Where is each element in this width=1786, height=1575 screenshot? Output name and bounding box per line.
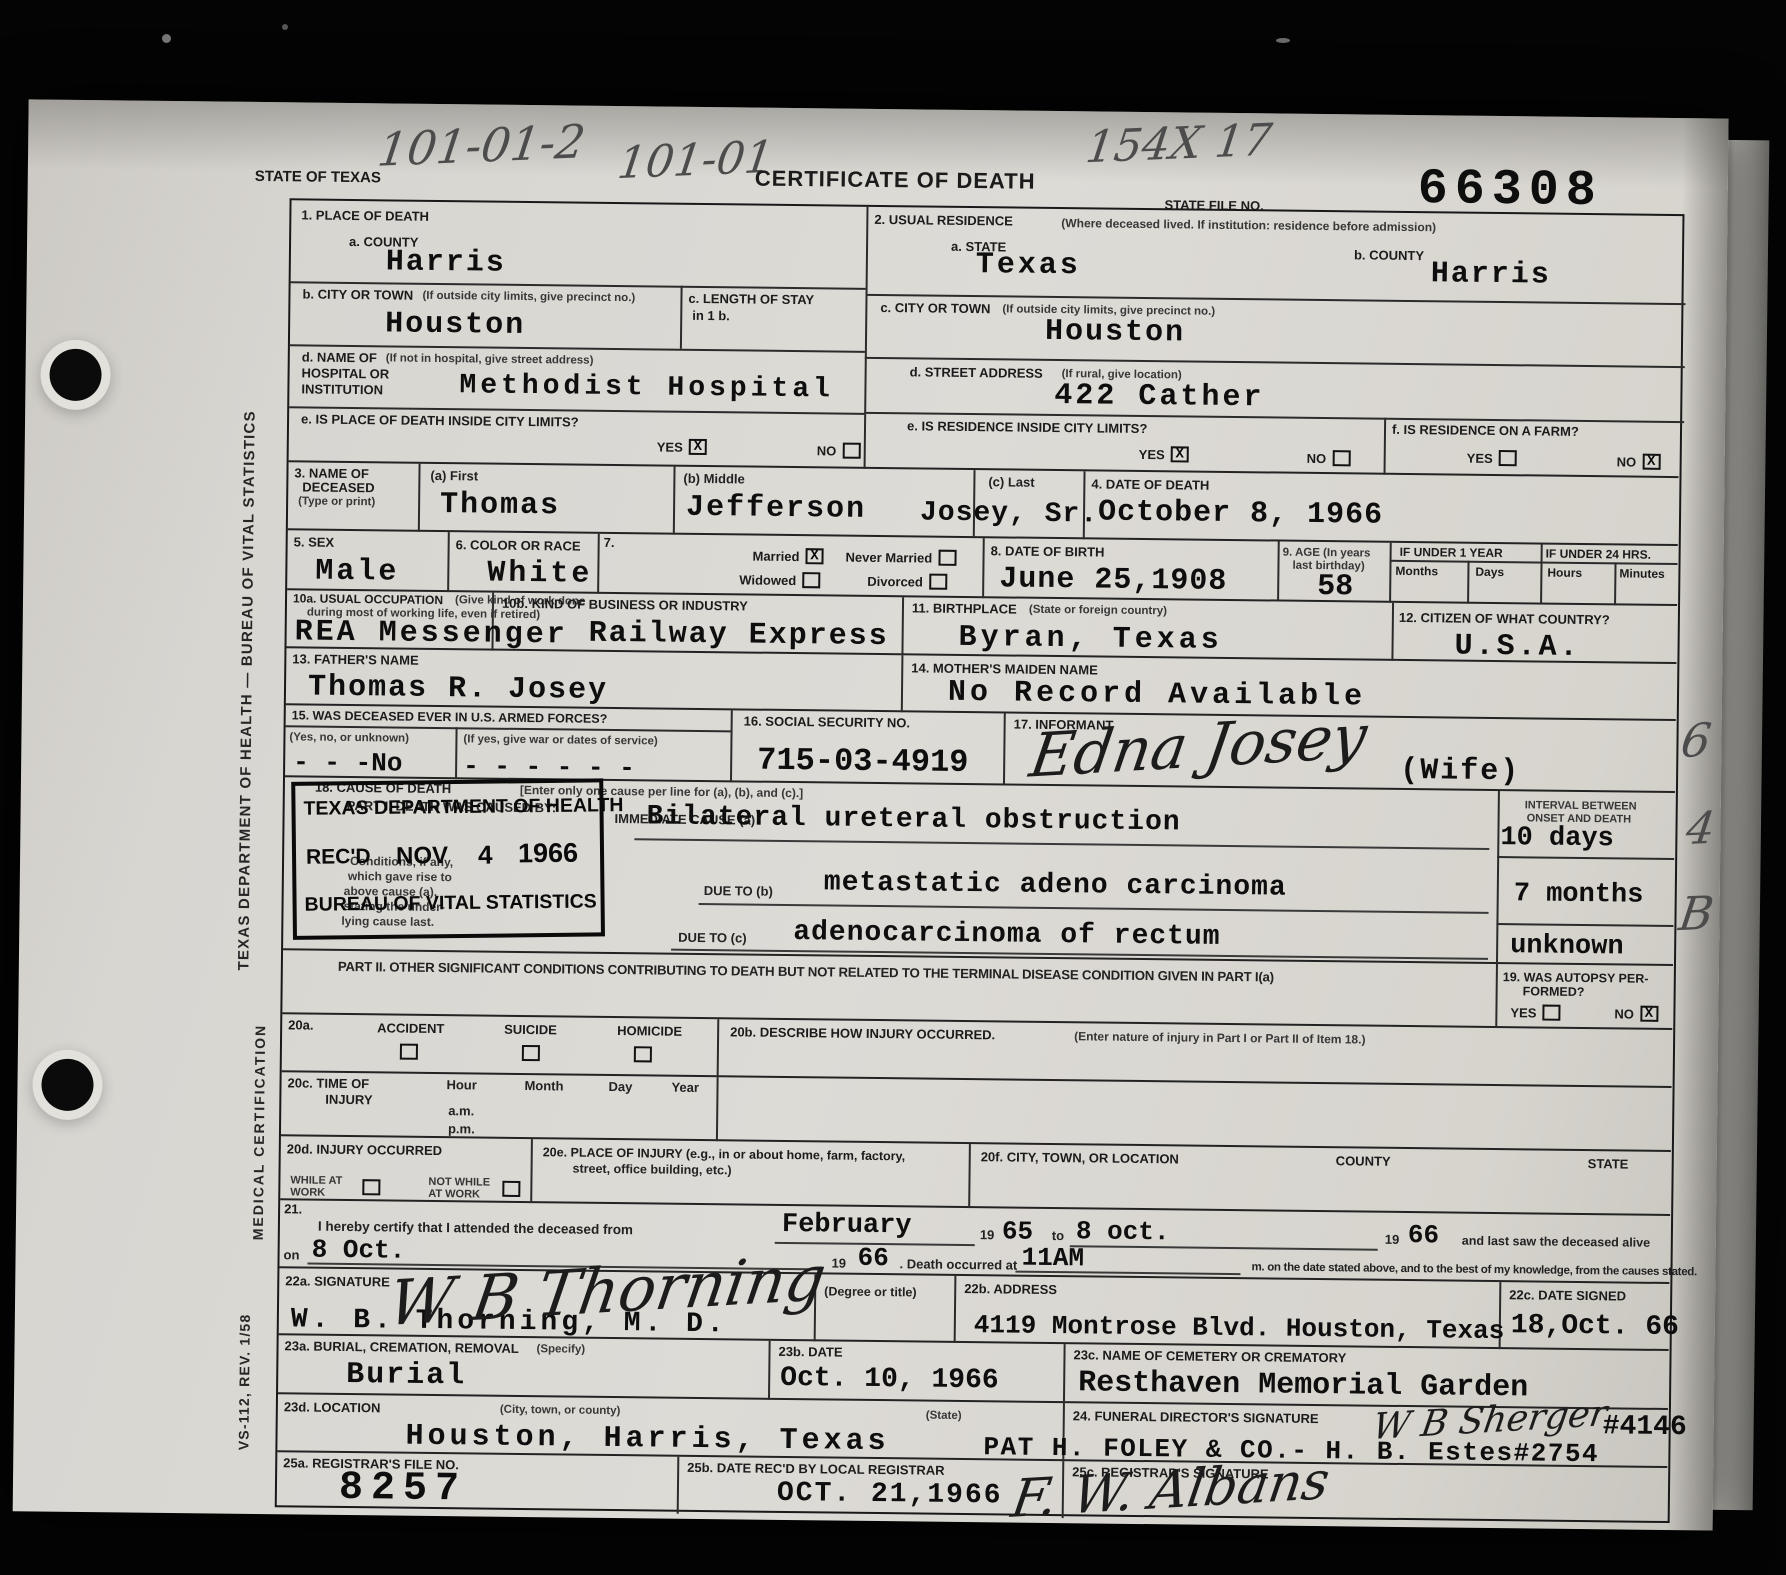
date-signed-value: 18,Oct. 66: [1511, 1312, 1679, 1342]
day-label: Day: [608, 1080, 632, 1095]
farm-no-checkbox: X: [1642, 454, 1660, 470]
married-option: MarriedX: [752, 548, 823, 565]
accident-label: ACCIDENT: [377, 1021, 444, 1037]
printed-19-c: 19: [831, 1257, 846, 1272]
to-year-value: 66: [1408, 1222, 1440, 1248]
received-stamp: TEXAS DEPARTMENT OF HEALTH REC'D NOV 4 1…: [291, 778, 605, 940]
armed-forces-paren-2: (If yes, give war or dates of service): [463, 733, 657, 748]
while-at-work-label-1: WHILE AT: [290, 1174, 342, 1187]
no-label: NO: [1614, 1006, 1634, 1021]
divider: [968, 1144, 971, 1208]
ssn-label: 16. SOCIAL SECURITY NO.: [744, 714, 911, 731]
first-name-label: (a) First: [430, 469, 478, 484]
divider: [716, 1077, 719, 1141]
hour-label: Hour: [446, 1078, 477, 1093]
divider: [634, 838, 1489, 849]
cause-a-value: Bilateral ureteral obstruction: [646, 803, 1180, 837]
certificate-page: TEXAS DEPARTMENT OF HEALTH — BUREAU OF V…: [13, 99, 1729, 1530]
date-of-death-label: 4. DATE OF DEATH: [1091, 477, 1209, 493]
on-label: on: [283, 1248, 299, 1263]
citizen-value: U.S.A.: [1454, 632, 1580, 663]
divider: [1003, 713, 1006, 785]
year-label: Year: [671, 1081, 699, 1096]
death-in-city-yes: YESX: [657, 438, 707, 455]
divider: [418, 464, 421, 532]
armed-forces-paren-1: (Yes, no, or unknown): [289, 731, 409, 745]
location-paren-1: (City, town, or county): [500, 1404, 621, 1418]
ssn-value: 715-03-4919: [757, 745, 969, 779]
hospital-value: Methodist Hospital: [459, 372, 834, 404]
margin-mark-b: B: [1676, 885, 1717, 941]
dust-speck: [1276, 38, 1290, 43]
interval-b-value: 7 months: [1514, 881, 1644, 909]
no-label: NO: [1617, 454, 1637, 469]
autopsy-no-checkbox: X: [1640, 1006, 1658, 1022]
residence-in-city-yes: YESX: [1139, 446, 1189, 463]
injury-county-label: COUNTY: [1336, 1154, 1391, 1170]
residence-in-city-no: NO: [1307, 450, 1351, 466]
date-of-birth-value: June 25,1908: [999, 564, 1227, 597]
punch-hole: [49, 349, 102, 402]
divider: [530, 1139, 533, 1203]
divider: [1063, 1344, 1066, 1403]
injury-city-label: 20f. CITY, TOWN, OR LOCATION: [981, 1150, 1179, 1167]
burial-paren: (Specify): [536, 1343, 585, 1356]
farm-yes-checkbox: [1499, 450, 1517, 466]
divider: [1614, 562, 1616, 605]
date-signed-label: 22c. DATE SIGNED: [1509, 1288, 1626, 1304]
death-in-city-no: NO: [817, 442, 861, 458]
widowed-option: Widowed: [739, 571, 820, 588]
name-title-2: DECEASED: [302, 480, 374, 496]
married-checkbox: X: [805, 548, 823, 564]
divorced-option: Divorced: [867, 573, 947, 590]
certify-tail-2: m. on the date stated above, and to the …: [1251, 1261, 1697, 1279]
time-of-injury-label-2: INJURY: [325, 1093, 372, 1108]
date-recd-label: 25b. DATE REC'D BY LOCAL REGISTRAR: [687, 1461, 944, 1479]
birthplace-value: Byran, Texas: [958, 623, 1222, 656]
autopsy-label-2: FORMED?: [1523, 984, 1585, 999]
residence-city-label: c. CITY OR TOWN: [880, 301, 990, 317]
divider: [1389, 543, 1392, 603]
printed-19-b: 19: [1385, 1233, 1400, 1248]
burial-value: Burial: [346, 1360, 466, 1391]
divider: [1384, 418, 1387, 475]
city-paren: (If outside city limits, give precinct n…: [422, 290, 635, 305]
place-of-injury-label-2: street, office building, etc.): [573, 1162, 732, 1178]
divider: [673, 467, 676, 535]
residence-in-city-yes-checkbox: X: [1171, 446, 1189, 462]
describe-injury-paren: (Enter nature of injury in Part I or Par…: [1074, 1030, 1366, 1046]
time-of-death-value: 11AM: [1021, 1245, 1084, 1272]
part-2-text: PART II. OTHER SIGNIFICANT CONDITIONS CO…: [338, 959, 1274, 985]
never-married-option: Never Married: [845, 549, 956, 566]
informant-relation: (Wife): [1400, 756, 1520, 787]
fathers-name-value: Thomas R. Josey: [308, 673, 608, 706]
not-while-at-work-checkbox: [502, 1181, 520, 1197]
to-label: to: [1052, 1229, 1064, 1244]
stamp-recd: REC'D: [306, 845, 371, 870]
punch-hole: [41, 1059, 94, 1112]
injury-state-label: STATE: [1588, 1157, 1629, 1172]
stamp-year: 1966: [518, 838, 578, 870]
death-inside-city-limits-label: e. IS PLACE OF DEATH INSIDE CITY LIMITS?: [301, 412, 579, 430]
business-industry-value: Railway Express: [588, 619, 888, 652]
middle-name-label: (b) Middle: [683, 472, 745, 488]
certificate-form: 1. PLACE OF DEATH a. COUNTY Harris b. CI…: [275, 198, 1685, 1523]
sex-value: Male: [315, 557, 399, 588]
farm-yes: YES: [1467, 450, 1517, 467]
yes-label: YES: [1510, 1005, 1536, 1020]
location-value: Houston, Harris, Texas: [405, 1422, 889, 1457]
widowed-label: Widowed: [739, 572, 796, 588]
divider: [699, 903, 1489, 913]
physician-address-label: 22b. ADDRESS: [964, 1282, 1057, 1298]
physician-address-value: 4119 Montrose Blvd. Houston, Texas: [974, 1312, 1505, 1344]
handwritten-code-2: 101-01: [615, 132, 777, 190]
while-at-work-label-2: WORK: [290, 1186, 325, 1198]
street-address-value: 422 Cather: [1054, 381, 1264, 413]
date-of-death-value: October 8, 1966: [1098, 497, 1383, 530]
residence-inside-city-limits-label: e. IS RESIDENCE INSIDE CITY LIMITS?: [907, 419, 1147, 437]
scan-background: TEXAS DEPARTMENT OF HEALTH — BUREAU OF V…: [0, 0, 1786, 1575]
days-label: Days: [1475, 566, 1504, 580]
handwritten-code-1: 101-01-2: [375, 114, 589, 177]
citizen-label: 12. CITIZEN OF WHAT COUNTRY?: [1399, 611, 1610, 628]
due-to-b-label: DUE TO (b): [704, 884, 773, 900]
sex-label: 5. SEX: [294, 535, 335, 550]
divider: [768, 1341, 771, 1400]
if-under-24-hrs-label: IF UNDER 24 HRS.: [1546, 548, 1652, 563]
divider: [597, 534, 600, 594]
location-paren-2: (State): [926, 1410, 962, 1423]
degree-or-title-label: (Degree or title): [824, 1284, 917, 1299]
cause-c-value: adenocarcinoma of rectum: [793, 919, 1221, 952]
residence-county-value: Harris: [1431, 259, 1551, 290]
divider: [1496, 923, 1673, 927]
divider: [677, 1457, 680, 1514]
suicide-label: SUICIDE: [504, 1023, 557, 1039]
stamp-line-3: BUREAU OF VITAL STATISTICS: [304, 890, 596, 916]
divider: [1495, 964, 1498, 1028]
stamp-month: NOV: [396, 842, 448, 871]
item-20a-number: 20a.: [288, 1018, 313, 1033]
color-or-race-value: White: [487, 559, 592, 590]
birthplace-paren: (State or foreign country): [1029, 604, 1167, 618]
interval-label-1: INTERVAL BETWEEN: [1525, 799, 1637, 812]
death-in-city-yes-checkbox: X: [689, 439, 707, 455]
city-label: b. CITY OR TOWN: [302, 287, 413, 303]
divider: [864, 207, 869, 469]
birthplace-label: 11. BIRTHPLACE: [912, 601, 1017, 617]
attended-from-value: February: [782, 1212, 912, 1240]
stamp-day: 4: [478, 840, 493, 871]
not-while-at-work-label-2: AT WORK: [428, 1188, 480, 1201]
certificate-title: CERTIFICATE OF DEATH: [755, 166, 1036, 194]
funeral-director-badge: #4146: [1603, 1413, 1687, 1442]
never-married-label: Never Married: [845, 549, 932, 565]
dust-speck: [162, 34, 171, 43]
place-of-death-title: 1. PLACE OF DEATH: [301, 208, 429, 224]
minutes-label: Minutes: [1619, 567, 1664, 581]
time-of-injury-label-1: 20c. TIME OF: [287, 1076, 369, 1092]
informant-signature: Edna Josey: [1025, 701, 1371, 791]
farm-no: NOX: [1617, 453, 1661, 469]
residence-state-value: Texas: [976, 250, 1081, 281]
autopsy-no: NOX: [1614, 1005, 1658, 1021]
last-name-label: (c) Last: [988, 475, 1034, 490]
last-name-value: Josey, Sr.: [920, 499, 1098, 529]
hospital-label-1: d. NAME OF: [302, 350, 377, 366]
funeral-director-label: 24. FUNERAL DIRECTOR'S SIGNATURE: [1073, 1409, 1319, 1427]
divider: [1497, 856, 1674, 860]
am-label: a.m.: [448, 1104, 474, 1119]
dust-speck: [282, 24, 288, 30]
last-seen-year-value: 66: [857, 1245, 889, 1271]
registrar-file-no-value: 8257: [339, 1469, 467, 1510]
left-margin-medical-certification-text: MEDICAL CERTIFICATION: [249, 982, 268, 1282]
item-21-number: 21.: [284, 1202, 302, 1217]
location-label: 23d. LOCATION: [284, 1400, 381, 1416]
printed-19-a: 19: [980, 1228, 995, 1243]
business-industry-label: 10b. KIND OF BUSINESS OR INDUSTRY: [502, 597, 748, 615]
divider: [447, 532, 450, 592]
while-at-work-checkbox: [362, 1179, 380, 1195]
certify-tail-1: and last saw the deceased alive: [1462, 1234, 1650, 1251]
month-label: Month: [524, 1079, 563, 1094]
row-cause-of-death: 18. CAUSE OF DEATH [Enter only one cause…: [283, 777, 1675, 966]
armed-forces-dates-value: - - - - - -: [463, 753, 635, 781]
married-label: Married: [752, 548, 799, 564]
left-margin-department-text: TEXAS DEPARTMENT OF HEALTH — BUREAU OF V…: [235, 360, 259, 1020]
attended-to-value: 8 oct.: [1076, 1218, 1170, 1245]
street-address-label: d. STREET ADDRESS: [910, 365, 1043, 381]
usual-residence-paren: (Where deceased lived. If institution: r…: [1061, 217, 1436, 234]
residence-city-value: Houston: [1045, 317, 1185, 349]
length-of-stay-sub: in 1 b.: [692, 309, 730, 324]
divider: [455, 727, 458, 779]
not-while-at-work-label-1: NOT WHILE: [428, 1176, 490, 1189]
handwritten-file-code: 154X 17: [1083, 114, 1275, 173]
homicide-checkbox: [634, 1046, 652, 1062]
residence-on-farm-label: f. IS RESIDENCE ON A FARM?: [1392, 423, 1579, 440]
no-label: NO: [1307, 450, 1327, 465]
autopsy-yes-checkbox: [1542, 1005, 1560, 1021]
injury-occurred-label: 20d. INJURY OCCURRED: [287, 1142, 442, 1159]
divider: [1277, 542, 1280, 602]
hospital-paren: (If not in hospital, give street address…: [386, 352, 594, 367]
hours-label: Hours: [1547, 567, 1582, 581]
yes-label: YES: [1139, 446, 1165, 461]
yes-label: YES: [657, 439, 683, 454]
length-of-stay-label: c. LENGTH OF STAY: [688, 292, 814, 308]
state-of-texas-label: STATE OF TEXAS: [255, 168, 381, 187]
divider: [901, 655, 904, 712]
state-file-number: 66308: [1417, 165, 1603, 217]
county-value: Harris: [386, 247, 506, 278]
armed-forces-label: 15. WAS DECEASED EVER IN U.S. ARMED FORC…: [292, 708, 608, 726]
divider: [1496, 791, 1500, 964]
divider: [680, 286, 683, 349]
divider: [1540, 545, 1543, 605]
divider: [717, 1019, 720, 1077]
no-label: NO: [817, 443, 837, 458]
cemetery-value: Resthaven Memorial Garden: [1078, 1368, 1528, 1403]
usual-residence-title: 2. USUAL RESIDENCE: [874, 213, 1013, 230]
widowed-checkbox: [802, 572, 820, 588]
color-or-race-label: 6. COLOR OR RACE: [456, 538, 581, 554]
burial-date-value: Oct. 10, 1966: [780, 1365, 999, 1395]
occupation-label: 10a. USUAL OCCUPATION: [293, 592, 443, 607]
divider: [1391, 603, 1394, 661]
divorced-checkbox: [929, 574, 947, 590]
name-title-3: (Type or print): [298, 495, 375, 509]
never-married-checkbox: [938, 550, 956, 566]
city-value: Houston: [385, 309, 525, 341]
residence-in-city-no-checkbox: [1332, 450, 1350, 466]
hospital-label-2: HOSPITAL OR: [302, 366, 390, 382]
last-seen-date-value: 8 Oct.: [312, 1237, 406, 1264]
date-recd-value: OCT. 21,1966: [777, 1480, 1003, 1511]
age-value: 58: [1317, 572, 1353, 602]
suicide-checkbox: [522, 1045, 540, 1061]
signature-label: 22a. SIGNATURE: [285, 1274, 390, 1290]
interval-a-value: 10 days: [1500, 825, 1614, 853]
middle-name-value: Jefferson: [686, 493, 866, 525]
cause-b-value: metastatic adeno carcinoma: [824, 869, 1287, 902]
divider: [730, 710, 733, 782]
death-in-city-no-checkbox: [842, 443, 860, 459]
residence-county-label: b. COUNTY: [1354, 248, 1424, 264]
burial-date-label: 23b. DATE: [778, 1345, 842, 1361]
fathers-name-label: 13. FATHER'S NAME: [292, 652, 419, 668]
age-label-1: 9. AGE (In years: [1283, 547, 1371, 561]
if-under-1-year-label: IF UNDER 1 YEAR: [1400, 546, 1503, 561]
death-occurred-at-label: . Death occurred at: [899, 1257, 1017, 1273]
first-name-value: Thomas: [440, 490, 560, 521]
due-to-c-label: DUE TO (c): [678, 931, 747, 947]
date-of-birth-label: 8. DATE OF BIRTH: [991, 544, 1105, 560]
autopsy-yes: YES: [1510, 1004, 1560, 1021]
cemetery-label: 23c. NAME OF CEMETERY OR CREMATORY: [1073, 1348, 1346, 1366]
divider: [954, 1276, 957, 1343]
left-margin-form-number: VS-112, REV. 1/58: [235, 1272, 253, 1492]
interval-c-value: unknown: [1510, 933, 1624, 961]
marital-status-number: 7.: [604, 536, 615, 551]
months-label: Months: [1395, 565, 1438, 579]
armed-forces-value: - - -No: [293, 749, 403, 776]
from-year-value: 65: [1002, 1218, 1034, 1244]
burial-label: 23a. BURIAL, CREMATION, REMOVAL: [284, 1339, 518, 1357]
describe-injury-label: 20b. DESCRIBE HOW INJURY OCCURRED.: [730, 1025, 995, 1043]
occupation-value: REA Messenger: [294, 617, 567, 650]
divider: [1467, 561, 1469, 604]
row-place-and-residence: 1. PLACE OF DEATH a. COUNTY Harris b. CI…: [289, 200, 1682, 478]
accident-checkbox: [400, 1044, 418, 1060]
divorced-label: Divorced: [867, 573, 923, 589]
divider: [901, 597, 904, 655]
divider: [982, 538, 985, 598]
stamp-line-1: TEXAS DEPARTMENT OF HEALTH: [303, 794, 623, 821]
yes-label: YES: [1467, 450, 1493, 465]
pm-label: p.m.: [448, 1122, 475, 1137]
homicide-label: HOMICIDE: [617, 1024, 682, 1040]
hospital-label-3: INSTITUTION: [301, 382, 383, 398]
